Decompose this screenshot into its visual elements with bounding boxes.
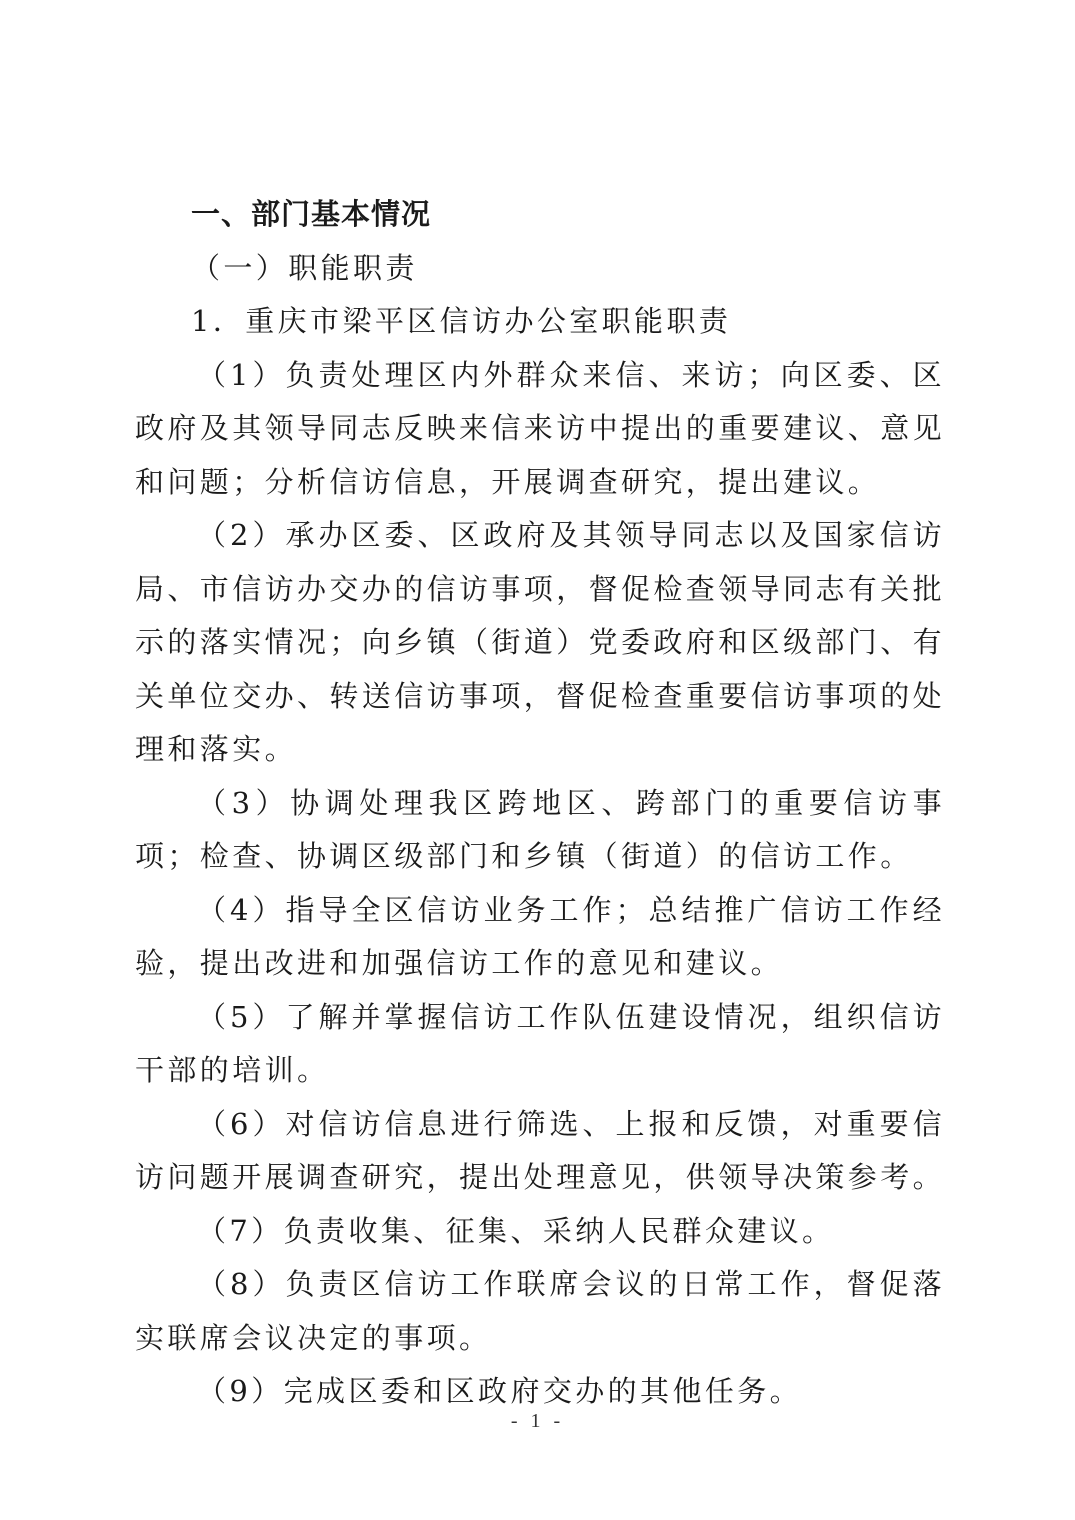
- section-heading: 一、部门基本情况: [135, 188, 945, 242]
- item-heading: 1．重庆市梁平区信访办公室职能职责: [135, 295, 945, 349]
- subsection-heading: （一）职能职责: [135, 242, 945, 296]
- duty-paragraph-2: （2）承办区委、区政府及其领导同志以及国家信访局、市信访办交办的信访事项，督促检…: [135, 509, 945, 777]
- duty-paragraph-8: （8）负责区信访工作联席会议的日常工作，督促落实联席会议决定的事项。: [135, 1258, 945, 1365]
- duty-paragraph-3: （3）协调处理我区跨地区、跨部门的重要信访事项；检查、协调区级部门和乡镇（街道）…: [135, 777, 945, 884]
- duty-paragraph-1: （1）负责处理区内外群众来信、来访；向区委、区政府及其领导同志反映来信来访中提出…: [135, 349, 945, 510]
- page-number: - 1 -: [0, 1410, 1075, 1433]
- duty-paragraph-6: （6）对信访信息进行筛选、上报和反馈，对重要信访问题开展调查研究，提出处理意见，…: [135, 1098, 945, 1205]
- document-page: 一、部门基本情况 （一）职能职责 1．重庆市梁平区信访办公室职能职责 （1）负责…: [135, 188, 945, 1419]
- duty-paragraph-7: （7）负责收集、征集、采纳人民群众建议。: [135, 1205, 945, 1259]
- duty-paragraph-5: （5）了解并掌握信访工作队伍建设情况，组织信访干部的培训。: [135, 991, 945, 1098]
- duty-paragraph-4: （4）指导全区信访业务工作；总结推广信访工作经验，提出改进和加强信访工作的意见和…: [135, 884, 945, 991]
